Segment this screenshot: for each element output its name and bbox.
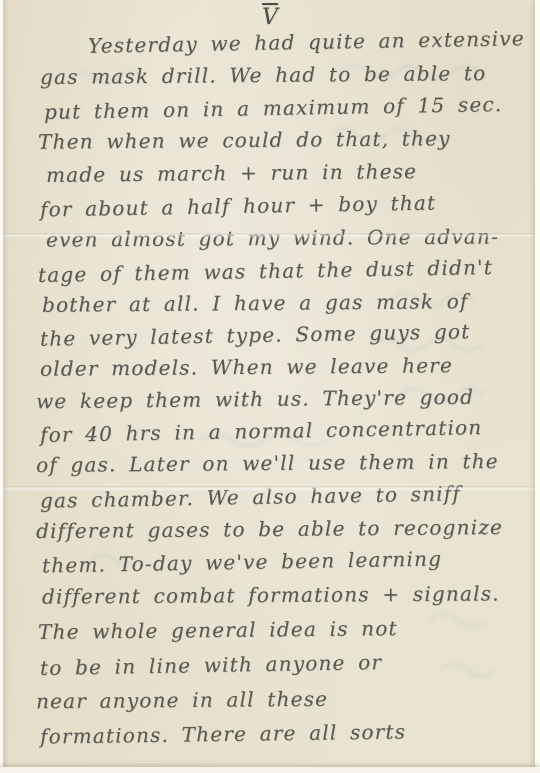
handwriting-line: made us march + run in these bbox=[46, 161, 417, 185]
handwriting-line: The whole general idea is not bbox=[38, 618, 398, 642]
handwriting-line: for about a half hour + boy that bbox=[40, 193, 437, 220]
handwriting-line: gas mask drill. We had to be able to bbox=[40, 63, 487, 87]
handwriting-line: Then when we could do that, they bbox=[38, 128, 451, 152]
handwriting-line: even almost got my wind. One advan- bbox=[46, 226, 499, 249]
scan-edge-left bbox=[0, 0, 3, 773]
handwriting-line: to be in line with anyone or bbox=[40, 652, 382, 678]
fold-crease bbox=[0, 486, 540, 491]
handwriting-line: different combat formations + signals. bbox=[42, 583, 500, 606]
handwriting-line: near anyone in all these bbox=[36, 689, 328, 712]
page-number: V bbox=[0, 5, 540, 30]
scan-edge-right bbox=[535, 0, 540, 773]
fold-crease bbox=[0, 233, 540, 238]
handwriting-line: we keep them with us. They're good bbox=[36, 387, 474, 412]
handwriting-line: older models. When we leave here bbox=[40, 355, 453, 379]
handwriting-line: of gas. Later on we'll use them in the bbox=[36, 451, 499, 475]
handwriting-line: formations. There are all sorts bbox=[40, 721, 406, 746]
handwriting-line: different gases to be able to recognize bbox=[36, 517, 503, 541]
scan-edge-bottom bbox=[0, 767, 540, 773]
letter-page-scan: V Yesterday we had quite an extensive ga… bbox=[0, 0, 540, 773]
handwriting-line: bother at all. I have a gas mask of bbox=[42, 291, 469, 315]
handwriting-line: them. To-day we've been learning bbox=[42, 549, 442, 576]
